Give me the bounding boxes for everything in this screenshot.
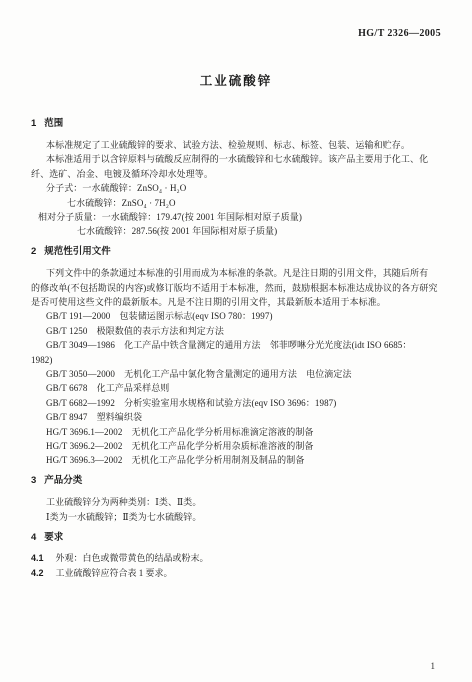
body-line: Ⅰ类为一水硫酸锌；Ⅱ类为七水硫酸锌。 xyxy=(31,510,445,524)
clause-text: 外观：白色或微带黄色的结晶或粉末。 xyxy=(56,553,209,563)
section-title: 产品分类 xyxy=(44,475,82,486)
body-line: 下列文件中的条款通过本标准的引用而成为本标准的条款。凡是注日期的引用文件，其随后… xyxy=(31,266,445,280)
body-line: 的修改单(不包括勘误的内容)或修订版均不适用于本标准，然而，鼓励根据本标准达成协… xyxy=(31,281,445,295)
clause-number: 4.2 xyxy=(31,566,44,580)
page-number: 1 xyxy=(431,661,436,671)
body-line: GB/T 3050—2000 无机化工产品中氯化物含量测定的通用方法 电位滴定法 xyxy=(31,367,445,381)
section-number: 2 xyxy=(31,245,36,259)
body-line: HG/T 3696.1—2002 无机化工产品化学分析用标准滴定溶液的制备 xyxy=(31,425,445,439)
body-line: 本标准适用于以含锌原料与硫酸反应制得的一水硫酸锌和七水硫酸锌。该产品主要用于化工… xyxy=(31,152,445,166)
section-heading: 4要求 xyxy=(31,531,445,545)
section-number: 3 xyxy=(31,474,36,488)
body-line: HG/T 3696.2—2002 无机化工产品化学分析用杂质标准溶液的制备 xyxy=(31,439,445,453)
clause-text: 工业硫酸锌应符合表 1 要求。 xyxy=(56,568,173,578)
clause-line: 4.2工业硫酸锌应符合表 1 要求。 xyxy=(31,566,445,580)
body-line: 1982) xyxy=(31,353,445,367)
body-line: 本标准规定了工业硫酸锌的要求、试验方法、检验规则、标志、标签、包装、运输和贮存。 xyxy=(31,138,445,152)
body-line: 七水硫酸锌：ZnSO₄ · 7H₂O xyxy=(31,196,445,210)
section-heading: 2规范性引用文件 xyxy=(31,245,445,259)
clause-number: 4.1 xyxy=(31,551,44,565)
body-line: GB/T 6678 化工产品采样总则 xyxy=(31,381,445,395)
section-number: 4 xyxy=(31,531,36,545)
document-page: HG/T 2326—2005 工业硫酸锌 1范围本标准规定了工业硫酸锌的要求、试… xyxy=(0,0,472,682)
body-line: GB/T 6682—1992 分析实验室用水规格和试验方法(eqv ISO 36… xyxy=(31,396,445,410)
standard-number: HG/T 2326—2005 xyxy=(358,28,441,39)
section-heading: 3产品分类 xyxy=(31,474,445,488)
section-title: 范围 xyxy=(44,118,63,129)
document-body: 1范围本标准规定了工业硫酸锌的要求、试验方法、检验规则、标志、标签、包装、运输和… xyxy=(31,117,445,580)
body-line: 工业硫酸锌分为两种类别：Ⅰ类、Ⅱ类。 xyxy=(31,495,445,509)
body-line: HG/T 3696.3—2002 无机化工产品化学分析用制剂及制品的制备 xyxy=(31,453,445,467)
body-line: GB/T 1250 极限数值的表示方法和判定方法 xyxy=(31,324,445,338)
body-line: 分子式：一水硫酸锌：ZnSO₄ · H₂O xyxy=(31,181,445,195)
body-line: 相对分子质量：一水硫酸锌：179.47(按 2001 年国际相对原子质量) xyxy=(31,210,445,224)
clause-line: 4.1外观：白色或微带黄色的结晶或粉末。 xyxy=(31,551,445,565)
body-line: 七水硫酸锌：287.56(按 2001 年国际相对原子质量) xyxy=(31,224,445,238)
document-title: 工业硫酸锌 xyxy=(0,71,472,89)
section-heading: 1范围 xyxy=(31,117,445,131)
body-line: 是否可使用这些文件的最新版本。凡是不注日期的引用文件，其最新版本适用于本标准。 xyxy=(31,295,445,309)
body-line: GB/T 191—2000 包装储运图示标志(eqv ISO 780：1997) xyxy=(31,309,445,323)
body-line: GB/T 3049—1986 化工产品中铁含量测定的通用方法 邻菲啰啉分光光度法… xyxy=(31,338,445,352)
section-number: 1 xyxy=(31,117,36,131)
body-line: GB/T 8947 塑料编织袋 xyxy=(31,410,445,424)
section-title: 规范性引用文件 xyxy=(44,246,111,257)
section-title: 要求 xyxy=(44,532,63,543)
body-line: 纤、选矿、冶金、电镀及循环冷却水处理等。 xyxy=(31,167,445,181)
